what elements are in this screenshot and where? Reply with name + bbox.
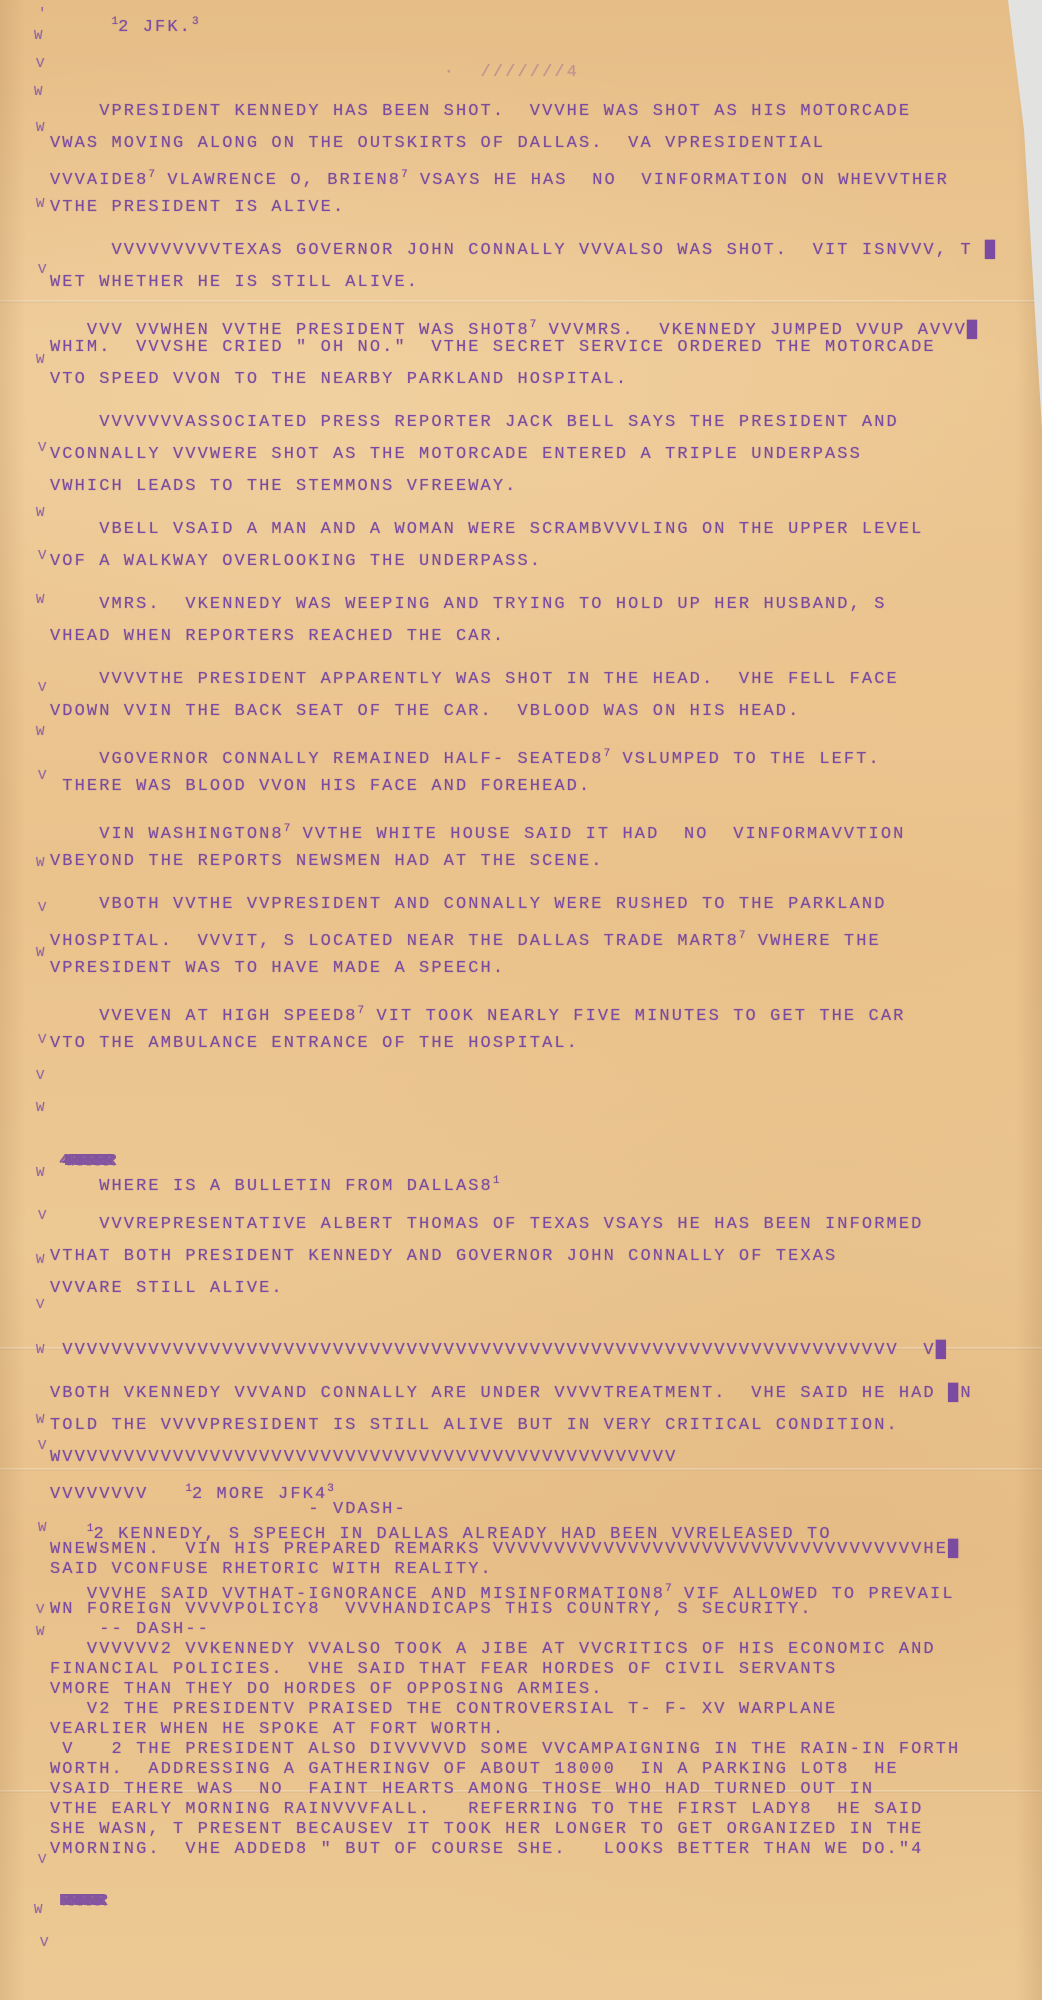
teletype-line [50, 1065, 1034, 1151]
teletype-line: VTO THE AMBULANCE ENTRANCE OF THE HOSPIT… [50, 1033, 1034, 1065]
teletype-line: SHE WASN, T PRESENT BECAUSEV IT TOOK HER… [50, 1819, 1034, 1839]
teletype-line: VVEVEN AT HIGH SPEED87 VIT TOOK NEARLY F… [50, 1001, 1034, 1033]
teletype-line: VBELL VSAID A MAN AND A WOMAN WERE SCRAM… [50, 519, 1034, 551]
teletype-line: WHERE IS A BULLETIN FROM DALLAS81 [50, 1171, 1034, 1203]
teletype-line: THERE WAS BLOOD VVON HIS FACE AND FOREHE… [50, 776, 1034, 808]
teletype-line: VVVVTHE PRESIDENT APPARENTLY WAS SHOT IN… [50, 669, 1034, 701]
teletype-line: VTHAT BOTH PRESIDENT KENNEDY AND GOVERNO… [50, 1246, 1034, 1278]
teletype-line: 4RRRRR [50, 1151, 1034, 1171]
teletype-line: VTHE PRESIDENT IS ALIVE. [50, 197, 1034, 229]
teletype-line: FINANCIAL POLICIES. VHE SAID THAT FEAR H… [50, 1659, 1034, 1679]
teletype-line: V 2 THE PRESIDENT ALSO DIVVVVVD SOME VVC… [50, 1739, 1034, 1759]
teletype-line: VMORE THAN THEY DO HORDES OF OPPOSING AR… [50, 1679, 1034, 1699]
teletype-line: VOF A WALKWAY OVERLOOKING THE UNDERPASS. [50, 551, 1034, 583]
teletype-line: VTO SPEED VVON TO THE NEARBY PARKLAND HO… [50, 369, 1034, 401]
teletype-line: VVVVVVVASSOCIATED PRESS REPORTER JACK BE… [50, 412, 1034, 444]
scanned-teletype-document: { "document": { "ink_color": "#7b4ba1", … [0, 0, 1042, 2000]
teletype-line: VVVVVVVVVTEXAS GOVERNOR JOHN CONNALLY VV… [50, 240, 1034, 272]
teletype-line: - VDASH- [50, 1499, 1034, 1519]
teletype-line: VMORNING. VHE ADDED8 " BUT OF COURSE SHE… [50, 1839, 1034, 1859]
teletype-line: VVVVVVVV 12 MORE JFK43 [50, 1479, 1034, 1499]
teletype-line: VSAID THERE WAS NO FAINT HEARTS AMONG TH… [50, 1779, 1034, 1799]
teletype-line: VWAS MOVING ALONG ON THE OUTSKIRTS OF DA… [50, 133, 1034, 165]
teletype-line: VPRESIDENT KENNEDY HAS BEEN SHOT. VVVHE … [50, 101, 1034, 133]
paper-edge-shadow [0, 0, 26, 2000]
teletype-line: VDOWN VVIN THE BACK SEAT OF THE CAR. VBL… [50, 701, 1034, 733]
teletype-line [50, 1859, 1034, 1891]
teletype-line: VGOVERNOR CONNALLY REMAINED HALF- SEATED… [50, 744, 1034, 776]
teletype-line: VVVHE SAID VVTHAT-IGNORANCE AND MISINFOR… [50, 1579, 1034, 1599]
text-layer: 12 JFK.3 · ///////4 VPRESIDENT KENNEDY H… [50, 12, 1034, 1911]
teletype-line: WET WHETHER HE IS STILL ALIVE. [50, 272, 1034, 304]
teletype-line: VBOTH VVTHE VVPRESIDENT AND CONNALLY WER… [50, 894, 1034, 926]
teletype-line [50, 1310, 1034, 1340]
teletype-line: -- DASH-- [50, 1619, 1034, 1639]
teletype-line: VPRESIDENT WAS TO HAVE MADE A SPEECH. [50, 958, 1034, 990]
teletype-line: VTHE EARLY MORNING RAINVVVFALL. REFERRIN… [50, 1799, 1034, 1819]
teletype-line: RRRRR [50, 1891, 1034, 1911]
teletype-line: TOLD THE VVVVPRESIDENT IS STILL ALIVE BU… [50, 1415, 1034, 1447]
teletype-line: SAID VCONFUSE RHETORIC WITH REALITY. [50, 1559, 1034, 1579]
teletype-line: VBEYOND THE REPORTS NEWSMEN HAD AT THE S… [50, 851, 1034, 883]
teletype-line: VCONNALLY VVVWERE SHOT AS THE MOTORCADE … [50, 444, 1034, 476]
teletype-line: VVVVVVVVVVVVVVVVVVVVVVVVVVVVVVVVVVVVVVVV… [50, 1340, 1034, 1372]
teletype-line: VVVREPRESENTATIVE ALBERT THOMAS OF TEXAS… [50, 1214, 1034, 1246]
teletype-line: VVVAIDE87 VLAWRENCE O, BRIEN87 VSAYS HE … [50, 165, 1034, 197]
teletype-line: VBOTH VKENNEDY VVVAND CONNALLY ARE UNDER… [50, 1383, 1034, 1415]
teletype-line: 12 JFK.3 [50, 12, 1034, 36]
teletype-line: VVVARE STILL ALIVE. [50, 1278, 1034, 1310]
teletype-line: VVV VVWHEN VVTHE PRESIDENT WAS SHOT87 VV… [50, 315, 1034, 337]
teletype-line: VVVVVV2 VVKENNEDY VVALSO TOOK A JIBE AT … [50, 1639, 1034, 1659]
teletype-line [50, 36, 1034, 62]
teletype-line: WORTH. ADDRESSING A GATHERINGV OF ABOUT … [50, 1759, 1034, 1779]
teletype-line: WVVVVVVVVVVVVVVVVVVVVVVVVVVVVVVVVVVVVVVV… [50, 1447, 1034, 1479]
teletype-line: V2 THE PRESIDENTV PRAISED THE CONTROVERS… [50, 1699, 1034, 1719]
teletype-line: WNEWSMEN. VIN HIS PREPARED REMARKS VVVVV… [50, 1539, 1034, 1559]
teletype-line: 12 KENNEDY, S SPEECH IN DALLAS ALREADY H… [50, 1519, 1034, 1539]
teletype-line: VWHICH LEADS TO THE STEMMONS VFREEWAY. [50, 476, 1034, 508]
teletype-line: WHIM. VVVSHE CRIED " OH NO." VTHE SECRET… [50, 337, 1034, 369]
teletype-line: VIN WASHINGTON87 VVTHE WHITE HOUSE SAID … [50, 819, 1034, 851]
teletype-line: · ///////4 [50, 62, 1034, 90]
teletype-line: VHOSPITAL. VVVIT, S LOCATED NEAR THE DAL… [50, 926, 1034, 958]
teletype-line: VEARLIER WHEN HE SPOKE AT FORT WORTH. [50, 1719, 1034, 1739]
teletype-line: VMRS. VKENNEDY WAS WEEPING AND TRYING TO… [50, 594, 1034, 626]
teletype-line: VHEAD WHEN REPORTERS REACHED THE CAR. [50, 626, 1034, 658]
